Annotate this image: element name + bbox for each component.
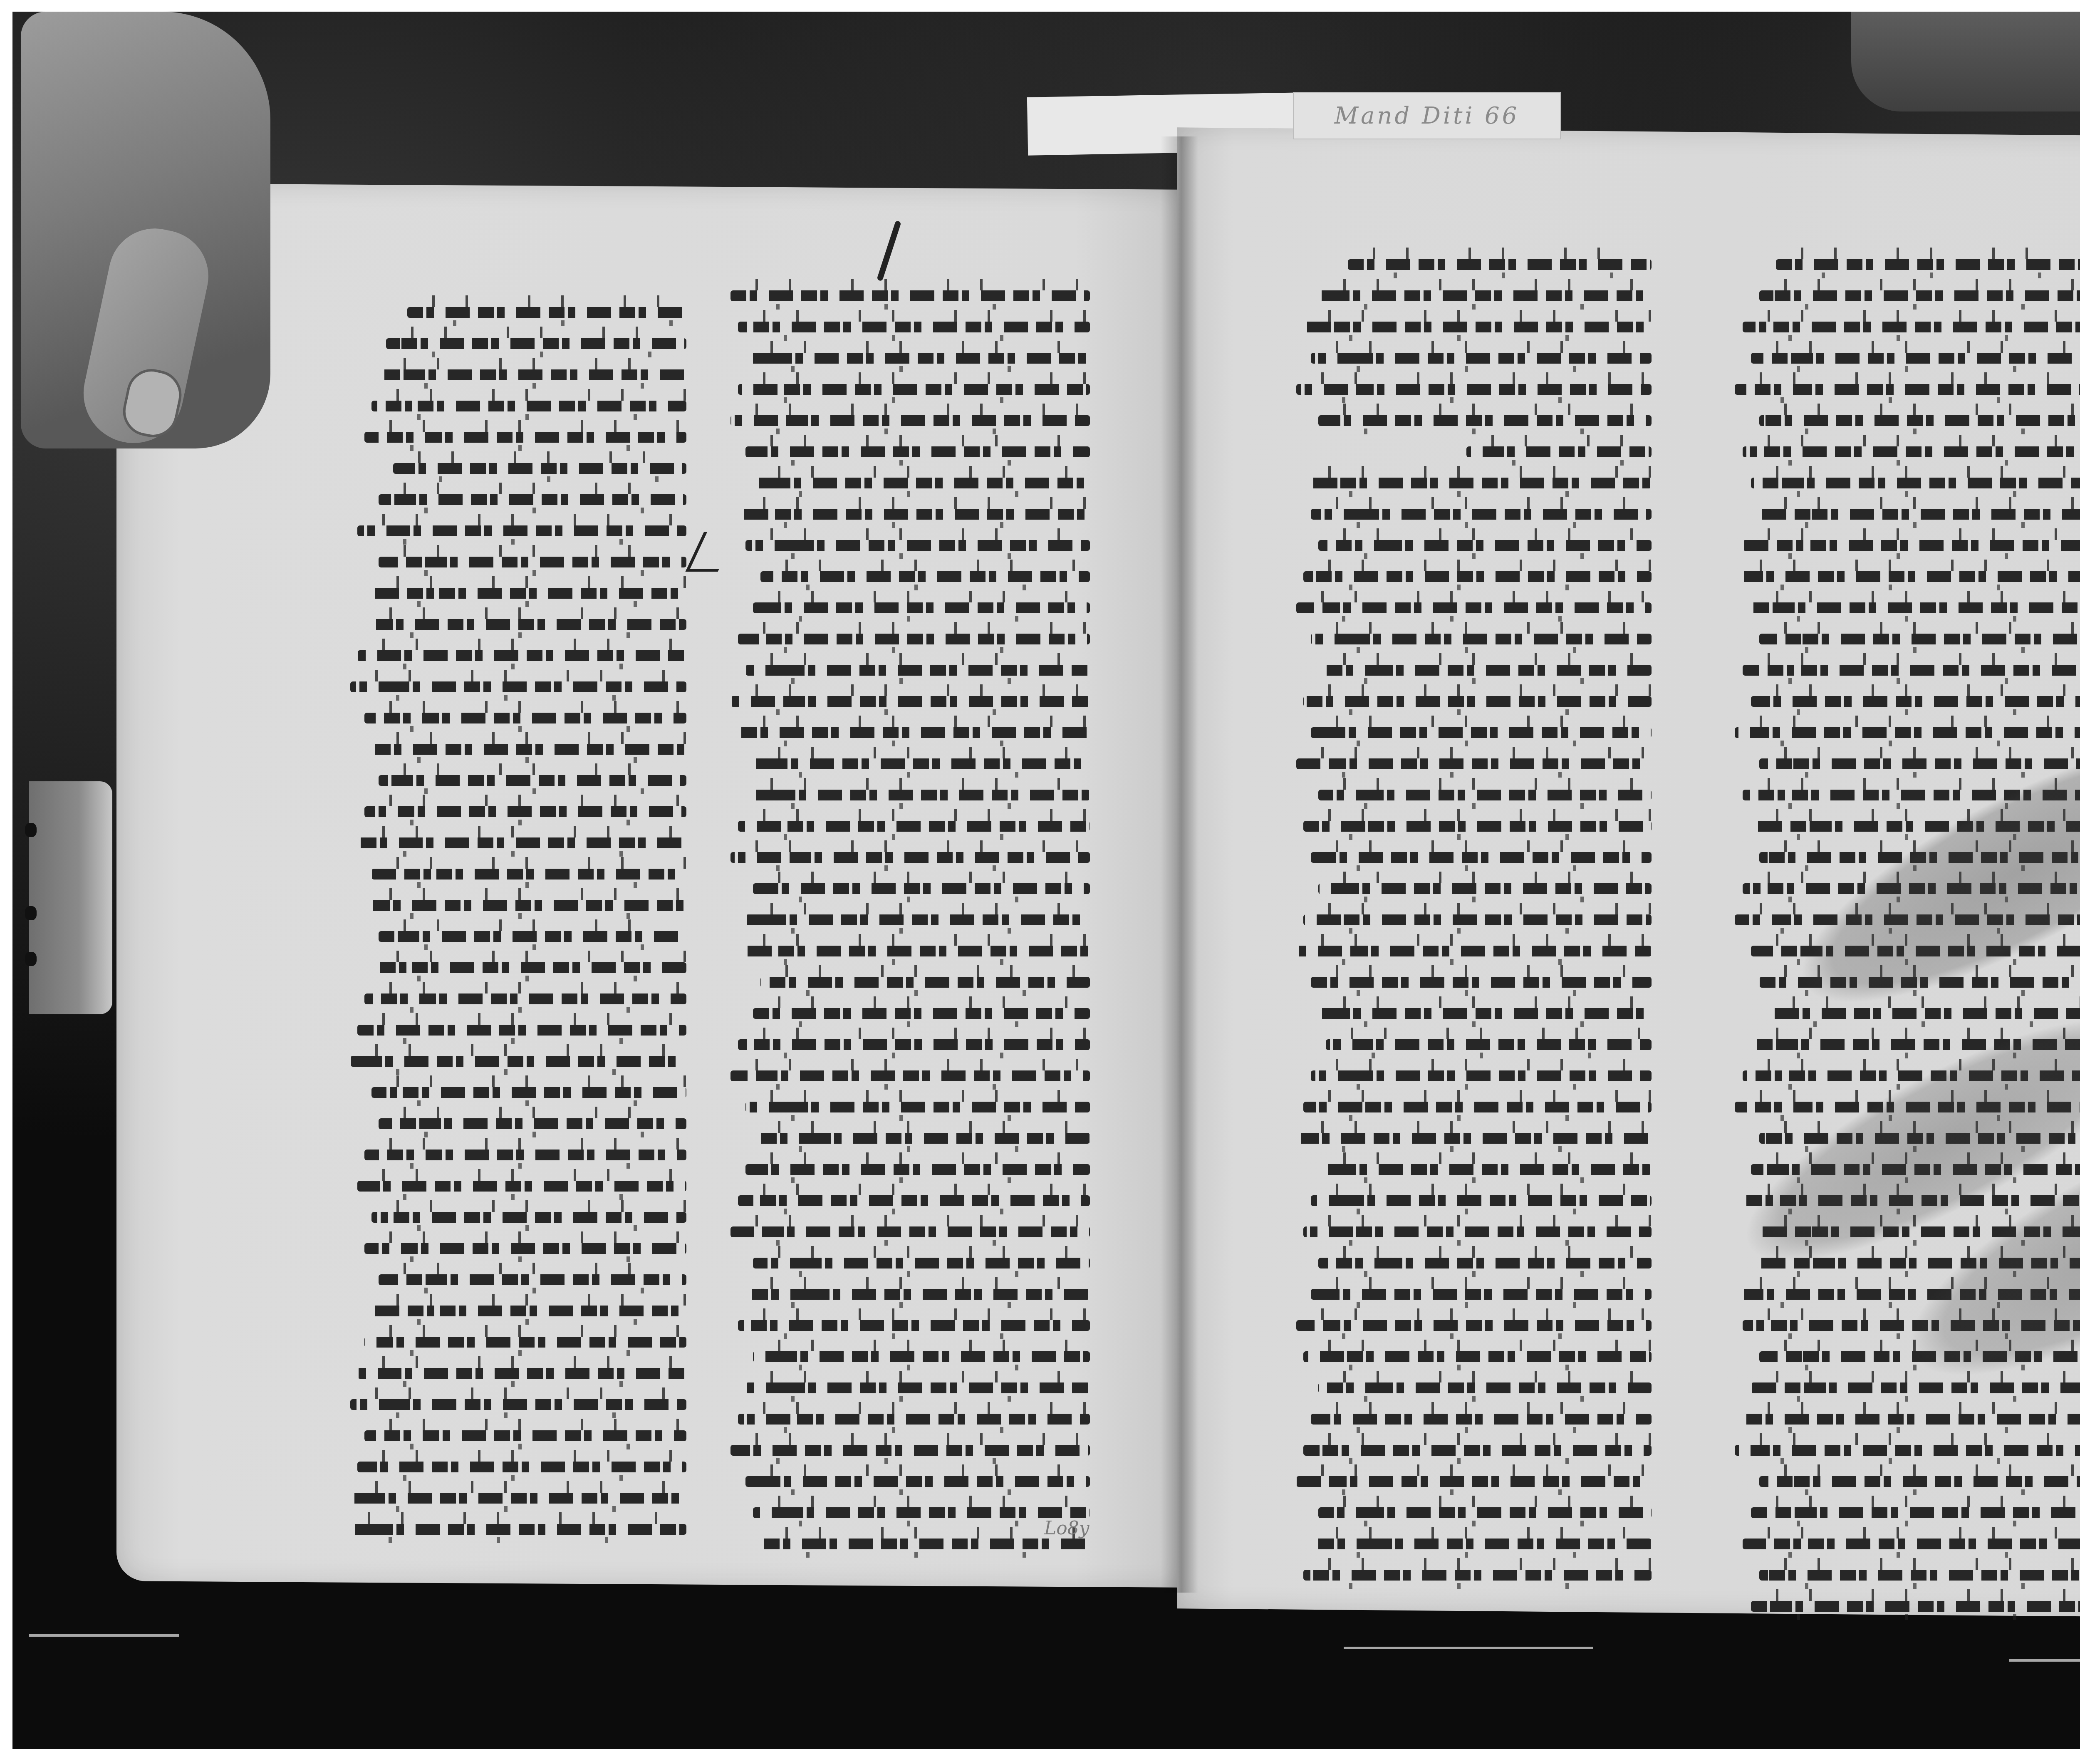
- text-line: [738, 1195, 1090, 1206]
- bench-edge: [29, 1634, 179, 1637]
- text-line: [1318, 290, 1652, 301]
- text-line: [745, 1382, 1090, 1393]
- text-line: [364, 432, 686, 443]
- text-line: [364, 1430, 686, 1441]
- text-line: [1303, 821, 1652, 832]
- text-line: [1296, 1320, 1652, 1331]
- text-line: [1303, 322, 1652, 332]
- text-line: [745, 790, 1090, 800]
- text-line: [1759, 1133, 2080, 1144]
- text-line: [1311, 727, 1652, 738]
- text-line: [1318, 1258, 1652, 1268]
- text-line: [1735, 1289, 2080, 1300]
- text-line: [1743, 790, 2080, 800]
- text-line: [1296, 1133, 1652, 1144]
- text-line: [371, 1306, 686, 1316]
- text-line: [1303, 1226, 1652, 1237]
- text-line: [371, 744, 686, 755]
- text-line: [364, 993, 686, 1004]
- text-line: [1743, 883, 2080, 894]
- text-line: [379, 1274, 686, 1285]
- left-page-edges: [29, 781, 112, 1014]
- text-line: [1759, 509, 2080, 520]
- text-column-3: [1281, 259, 1652, 1601]
- text-line: [364, 806, 686, 817]
- text-line: [730, 852, 1090, 863]
- text-line: [1743, 446, 2080, 457]
- text-line: [1759, 1351, 2080, 1362]
- text-line: [1751, 696, 2080, 707]
- text-line: [1311, 1289, 1652, 1300]
- text-line: [1751, 946, 2080, 956]
- text-line: [357, 1025, 686, 1036]
- text-line: [1303, 1102, 1652, 1112]
- text-line: [343, 1524, 686, 1535]
- text-line: [1311, 1414, 1652, 1425]
- text-line: [730, 415, 1090, 426]
- text-line: [1751, 1039, 2080, 1050]
- text-line: [371, 588, 686, 599]
- text-line: [1776, 259, 2080, 270]
- text-line: [1303, 1570, 1652, 1581]
- text-line: [730, 1070, 1090, 1081]
- text-line: [745, 1289, 1090, 1300]
- text-line: [1768, 1008, 2080, 1019]
- shelf-label: Mand Diti 66: [1294, 93, 1560, 139]
- text-line: [753, 1008, 1090, 1019]
- text-line: [1296, 758, 1652, 769]
- text-line: [1759, 1570, 2080, 1581]
- text-line: [1318, 1382, 1652, 1393]
- text-line: [1318, 790, 1652, 800]
- text-line: [1743, 322, 2080, 332]
- text-line: [745, 540, 1090, 551]
- text-line: [364, 619, 686, 630]
- text-line: [1759, 634, 2080, 644]
- text-column-1: [329, 307, 686, 1555]
- text-line: [1318, 415, 1652, 426]
- text-line: [1751, 1258, 2080, 1268]
- text-line: [730, 696, 1090, 707]
- text-line: [1311, 1539, 1652, 1549]
- text-line: [371, 401, 686, 411]
- bench-edge: [1344, 1647, 1593, 1649]
- text-line: [1318, 1008, 1652, 1019]
- text-line: [738, 322, 1090, 332]
- text-line: [1759, 415, 2080, 426]
- text-line: [1318, 1164, 1652, 1175]
- text-column-4: [1718, 259, 2080, 1632]
- text-line: [371, 869, 686, 880]
- text-column-2: [716, 290, 1090, 1570]
- text-line: [760, 1539, 1090, 1549]
- text-line: [1296, 946, 1652, 956]
- text-line: [357, 1368, 686, 1379]
- text-line: [1466, 446, 1652, 457]
- text-line: [738, 509, 1090, 520]
- text-line: [364, 1243, 686, 1254]
- text-line: [1318, 665, 1652, 676]
- text-line: [1735, 1102, 2080, 1112]
- text-line: [753, 1133, 1090, 1144]
- text-line: [1318, 540, 1652, 551]
- text-line: [1303, 1351, 1652, 1362]
- text-line: [379, 931, 686, 942]
- text-line: [738, 821, 1090, 832]
- text-line: [738, 1320, 1090, 1331]
- text-line: [1751, 821, 2080, 832]
- text-line: [730, 290, 1090, 301]
- text-line: [379, 557, 686, 567]
- text-line: [350, 1493, 686, 1504]
- text-line: [357, 1462, 686, 1472]
- text-line: [1743, 540, 2080, 551]
- text-line: [379, 369, 686, 380]
- text-line: [357, 1181, 686, 1192]
- text-line: [730, 1226, 1090, 1237]
- text-line: [1735, 384, 2080, 395]
- text-line: [393, 463, 686, 474]
- text-line: [753, 883, 1090, 894]
- text-line: [1751, 1601, 2080, 1612]
- text-line: [371, 1212, 686, 1223]
- text-line: [745, 1476, 1090, 1487]
- text-line: [753, 602, 1090, 613]
- text-line: [350, 681, 686, 692]
- folio-number: Lo8y: [1044, 1518, 1090, 1539]
- text-line: [364, 713, 686, 723]
- text-line: [1326, 1039, 1652, 1050]
- text-line: [1735, 571, 2080, 582]
- text-line: [357, 525, 686, 536]
- text-line: [364, 900, 686, 911]
- text-line: [371, 962, 686, 973]
- text-line: [753, 1258, 1090, 1268]
- text-line: [1348, 259, 1652, 270]
- text-line: [760, 571, 1090, 582]
- text-line: [1303, 478, 1652, 488]
- photo-frame: Mand Diti 66 Lo8y: [12, 12, 2080, 1749]
- text-line: [1759, 290, 2080, 301]
- text-line: [1743, 1539, 2080, 1549]
- text-line: [1296, 1476, 1652, 1487]
- text-line: [364, 1337, 686, 1348]
- text-line: [1296, 602, 1652, 613]
- text-line: [357, 837, 686, 848]
- text-line: [1303, 1445, 1652, 1456]
- text-line: [371, 1087, 686, 1098]
- text-line: [753, 1351, 1090, 1362]
- text-line: [350, 1056, 686, 1067]
- text-line: [357, 650, 686, 661]
- text-line: [1759, 1476, 2080, 1487]
- text-line: [1318, 883, 1652, 894]
- text-line: [1311, 634, 1652, 644]
- text-line: [1311, 509, 1652, 520]
- text-line: [379, 775, 686, 786]
- shelf-label-text: Mand Diti 66: [1335, 102, 1520, 129]
- text-line: [1311, 977, 1652, 988]
- text-line: [738, 1414, 1090, 1425]
- text-line: [745, 1102, 1090, 1112]
- edge-mark: [25, 906, 37, 920]
- text-line: [1743, 665, 2080, 676]
- text-line: [1735, 914, 2080, 925]
- text-line: [738, 946, 1090, 956]
- text-line: [1751, 1164, 2080, 1175]
- text-line: [1743, 1414, 2080, 1425]
- text-line: [753, 758, 1090, 769]
- text-line: [1759, 977, 2080, 988]
- text-line: [1303, 914, 1652, 925]
- text-line: [1311, 852, 1652, 863]
- text-line: [1318, 1507, 1652, 1518]
- text-line: [1296, 384, 1652, 395]
- text-line: [1751, 1507, 2080, 1518]
- text-line: [386, 338, 686, 349]
- text-line: [745, 353, 1090, 364]
- text-line: [738, 1039, 1090, 1050]
- edge-mark: [25, 952, 37, 966]
- text-line: [1311, 353, 1652, 364]
- gutter: [1161, 136, 1198, 1593]
- text-line: [1311, 1070, 1652, 1081]
- text-line: [738, 727, 1090, 738]
- text-line: [1735, 1445, 2080, 1456]
- text-line: [1751, 353, 2080, 364]
- text-line: [1759, 852, 2080, 863]
- text-line: [1759, 758, 2080, 769]
- text-line: [738, 634, 1090, 644]
- bench-edge: [2009, 1659, 2080, 1662]
- text-line: [745, 914, 1090, 925]
- text-line: [1303, 571, 1652, 582]
- text-line: [1751, 1382, 2080, 1393]
- text-line: [1303, 696, 1652, 707]
- text-line: [745, 1164, 1090, 1175]
- text-line: [379, 1118, 686, 1129]
- text-line: [1743, 1195, 2080, 1206]
- text-line: [1311, 1195, 1652, 1206]
- text-line: [350, 1399, 686, 1410]
- text-line: [1751, 602, 2080, 613]
- text-line: [760, 977, 1090, 988]
- text-line: [753, 1507, 1090, 1518]
- text-line: [745, 446, 1090, 457]
- right-hand: [1851, 12, 2080, 111]
- text-line: [407, 307, 686, 318]
- text-line: [1751, 478, 2080, 488]
- text-line: [379, 494, 686, 505]
- text-line: [364, 1150, 686, 1160]
- text-line: [1759, 1226, 2080, 1237]
- text-line: [1743, 1070, 2080, 1081]
- text-line: [1743, 1320, 2080, 1331]
- text-line: [730, 1445, 1090, 1456]
- text-line: [753, 478, 1090, 488]
- text-line: [738, 384, 1090, 395]
- text-line: [745, 665, 1090, 676]
- edge-mark: [25, 823, 37, 837]
- text-line: [1735, 727, 2080, 738]
